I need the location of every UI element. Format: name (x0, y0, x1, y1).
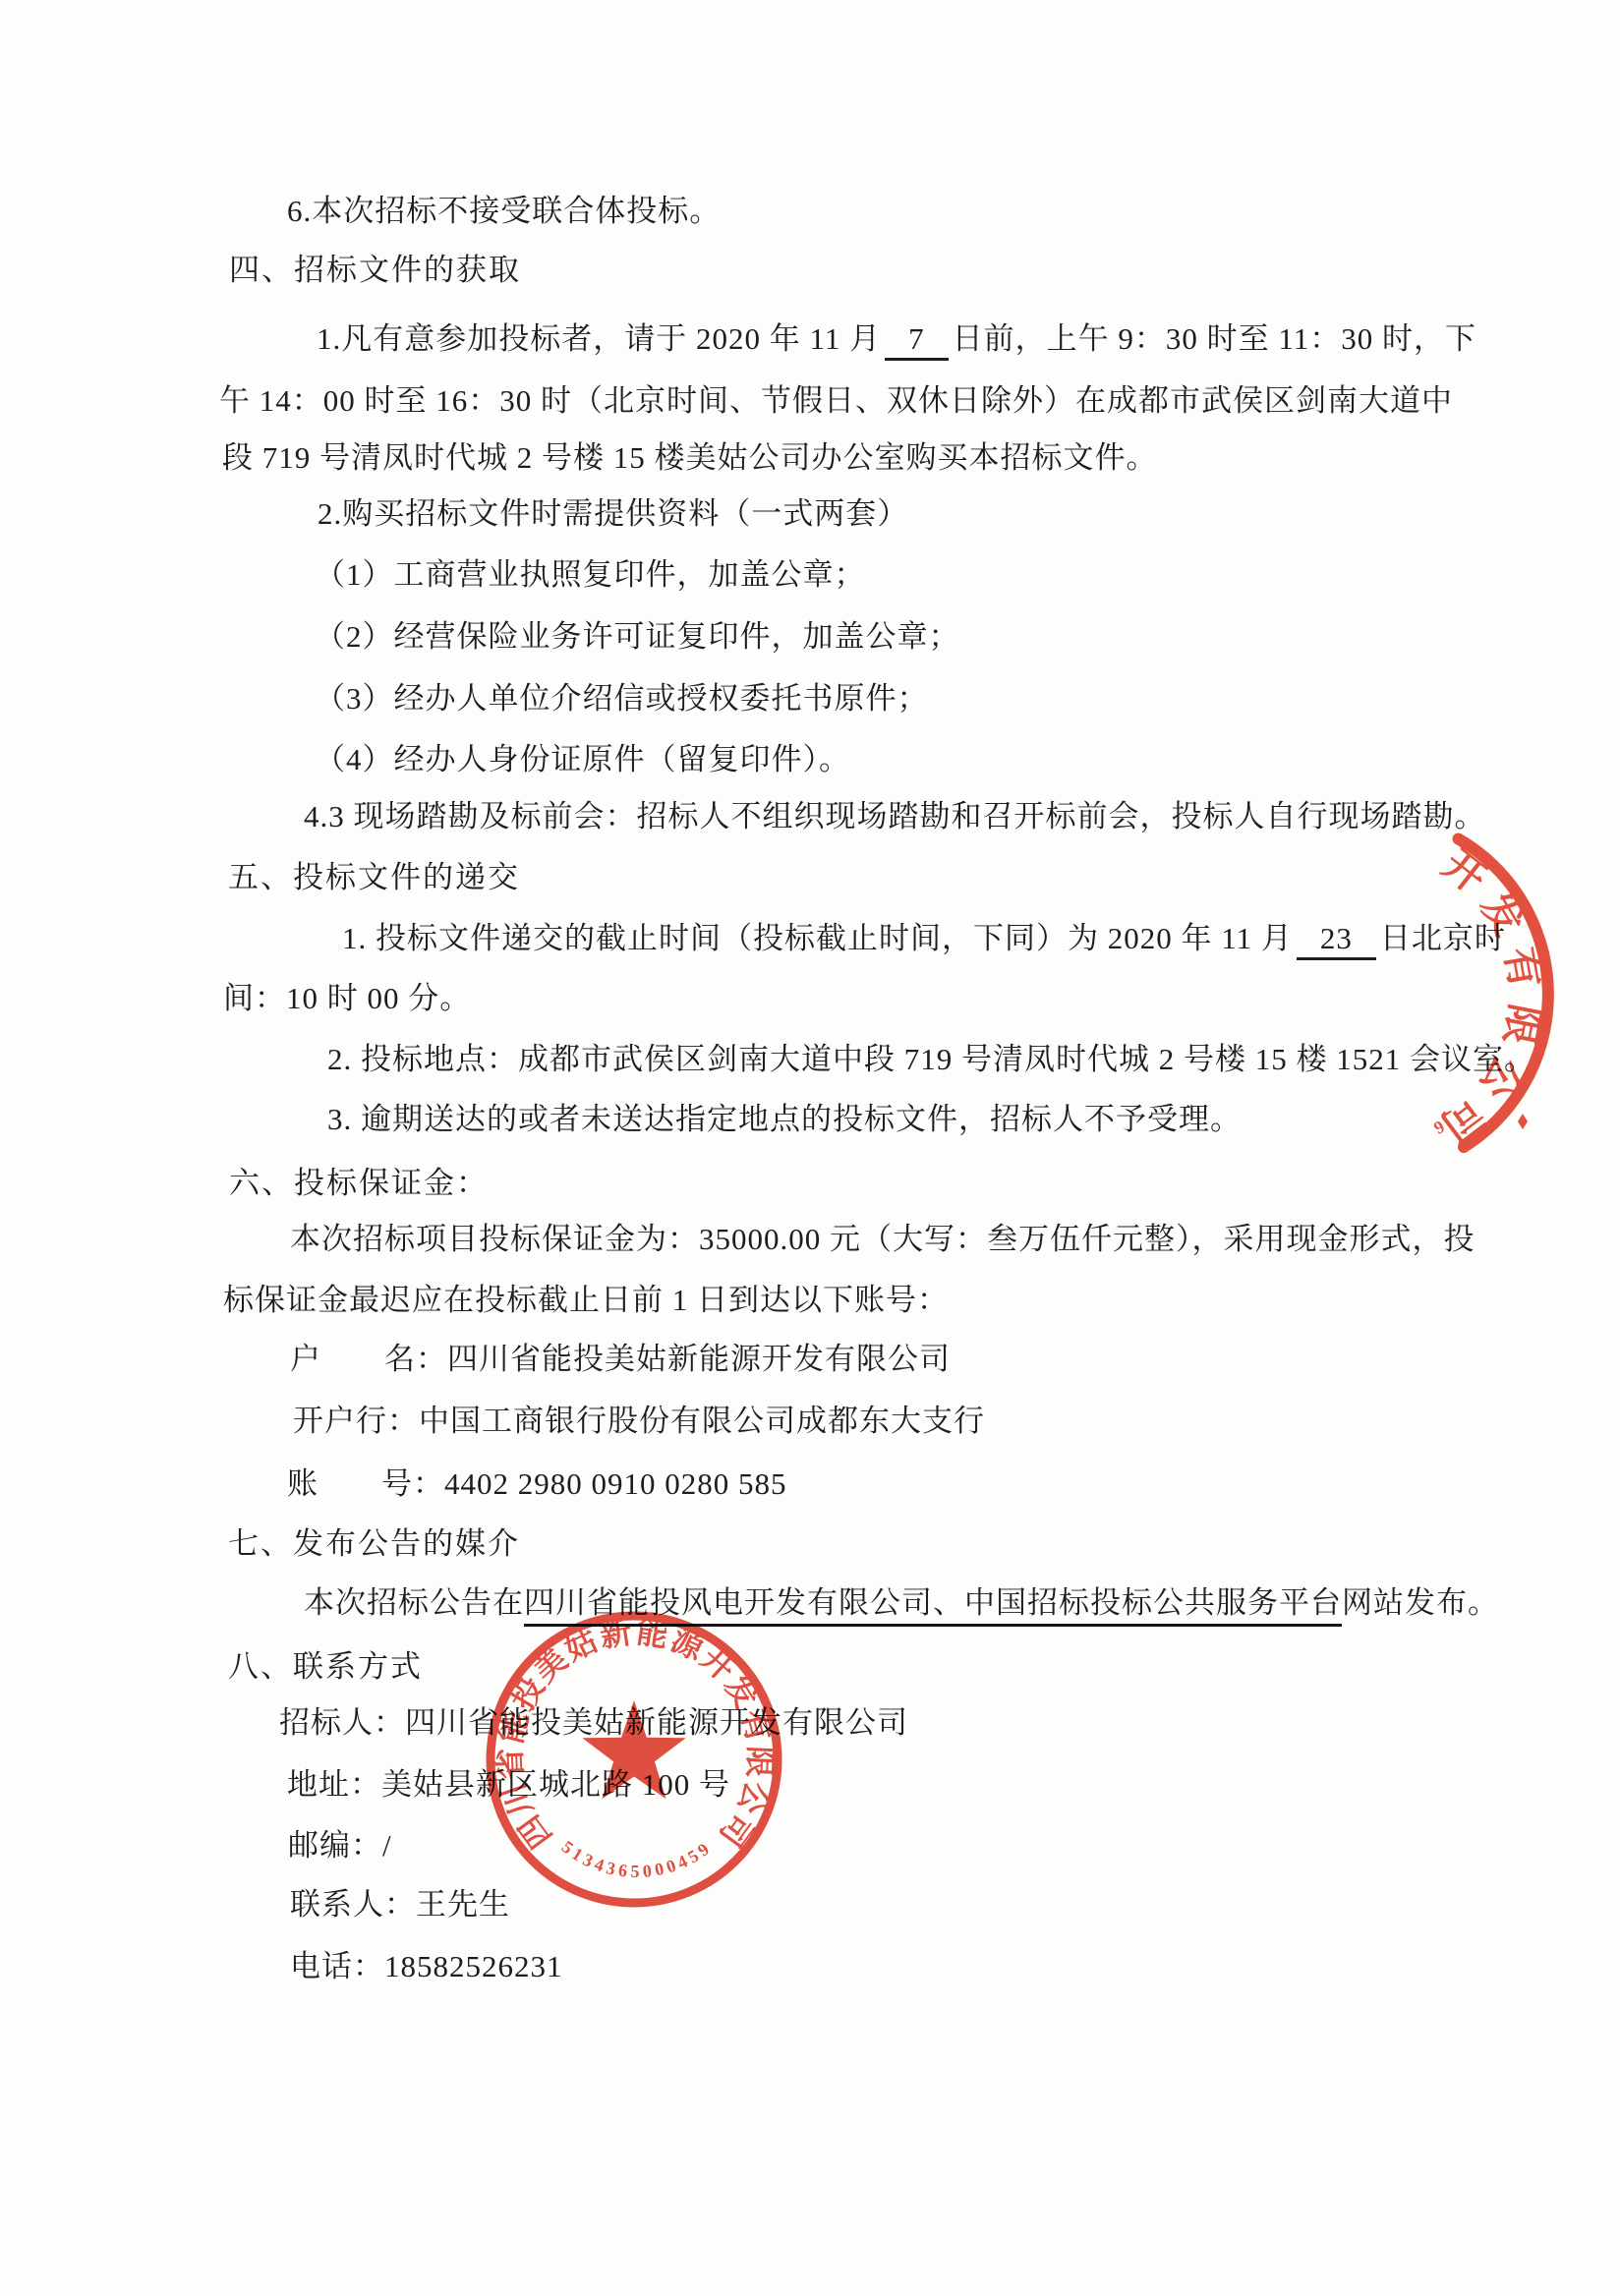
seal-outer-ring (491, 1616, 778, 1903)
doc-line-materials: 2.购买招标文件时需提供资料（一式两套） (318, 496, 908, 532)
doc-line-deadline-2: 间：10 时 00 分。 (223, 981, 471, 1016)
filled-blank-day-23: 23 (1297, 921, 1376, 960)
partial-seal-ring-arc (1459, 839, 1548, 1148)
partial-seal-serial-digit: 9 (1430, 1117, 1448, 1138)
doc-line-site-visit: 4.3 现场踏勘及标前会：招标人不组织现场踏勘和召开标前会，投标人自行现场踏勘。 (304, 799, 1486, 834)
seal-serial-number: 5134365000459 (558, 1837, 717, 1881)
section-heading-4: 四、招标文件的获取 (229, 253, 521, 288)
underlined-media-names: 四川省能投风电开发有限公司、中国招标投标公共服务平台 (524, 1585, 1342, 1627)
text-segment: 1.凡有意参加投标者，请于 2020 年 11 月 (317, 321, 881, 356)
text-segment: 网站发布。 (1342, 1585, 1499, 1620)
doc-line-postcode: 邮编：/ (288, 1828, 392, 1864)
doc-line-deposit-2: 标保证金最迟应在投标截止日前 1 日到达以下账号： (223, 1283, 949, 1318)
doc-line-material-3: （3）经办人单位介绍信或授权委托书原件； (315, 681, 929, 717)
doc-line-bank: 开户行：中国工商银行股份有限公司成都东大支行 (293, 1404, 985, 1439)
partial-seal-mark (1518, 1114, 1528, 1129)
doc-line-deadline: 1. 投标文件递交的截止时间（投标截止时间，下同）为 2020 年 11 月23… (342, 921, 1506, 960)
section-heading-8: 八、联系方式 (228, 1649, 423, 1685)
doc-line-purchase-time-2: 午 14：00 时至 16：30 时（北京时间、节假日、双休日除外）在成都市武侯… (219, 383, 1453, 419)
doc-line-address: 地址：美姑县新区城北路 100 号 (287, 1767, 730, 1803)
text-segment: 本次招标公告在 (304, 1585, 524, 1620)
doc-line-purchase-addr: 段 719 号清凤时代城 2 号楼 15 楼美姑公司办公室购买本招标文件。 (222, 440, 1158, 476)
doc-line-tenderer: 招标人：四川省能投美姑新能源开发有限公司 (279, 1705, 908, 1741)
section-heading-6: 六、投标保证金： (229, 1166, 489, 1201)
text-segment: 1. 投标文件递交的截止时间（投标截止时间，下同）为 2020 年 11 月 (342, 921, 1293, 955)
doc-line-phone: 电话：18582526231 (290, 1949, 563, 1984)
document-page: 6.本次招标不接受联合体投标。 四、招标文件的获取 1.凡有意参加投标者，请于 … (0, 0, 1620, 2296)
doc-line-bid-place: 2. 投标地点：成都市武侯区剑南大道中段 719 号清凤时代城 2 号楼 15 … (327, 1042, 1535, 1077)
doc-line-contact: 联系人：王先生 (290, 1887, 510, 1923)
company-seal: 四川省能投美姑新能源开发有限公司 5134365000459 (491, 1614, 779, 1903)
doc-line-account-name: 户 名：四川省能投美姑新能源开发有限公司 (290, 1342, 951, 1377)
doc-line-media: 本次招标公告在四川省能投风电开发有限公司、中国招标投标公共服务平台网站发布。 (304, 1585, 1499, 1621)
doc-line-joint-bid: 6.本次招标不接受联合体投标。 (287, 194, 721, 229)
doc-line-material-4: （4）经办人身份证原件（留复印件）。 (315, 742, 850, 777)
doc-line-material-2: （2）经营保险业务许可证复印件，加盖公章； (315, 619, 960, 655)
filled-blank-day-7: 7 (885, 321, 949, 361)
text-segment: 日前，上午 9：30 时至 11：30 时，下 (953, 321, 1476, 356)
doc-line-account-number: 账 号：4402 2980 0910 0280 585 (287, 1466, 787, 1502)
section-heading-7: 七、发布公告的媒介 (228, 1526, 520, 1562)
doc-line-deposit-1: 本次招标项目投标保证金为：35000.00 元（大写：叁万伍仟元整），采用现金形… (290, 1222, 1475, 1257)
doc-line-late-delivery: 3. 逾期送达的或者未送达指定地点的投标文件，招标人不予受理。 (327, 1102, 1242, 1137)
section-heading-5: 五、投标文件的递交 (228, 860, 520, 895)
doc-line-purchase-time: 1.凡有意参加投标者，请于 2020 年 11 月7日前，上午 9：30 时至 … (317, 321, 1476, 361)
doc-line-material-1: （1）工商营业执照复印件，加盖公章； (315, 557, 866, 593)
partial-seal: 开 发 有 限 公 司 9 (1430, 839, 1548, 1150)
text-segment: 日北京时 (1380, 921, 1506, 955)
partial-seal-char: 司 (1433, 1089, 1492, 1149)
partial-seal-char: 开 (1435, 841, 1495, 901)
